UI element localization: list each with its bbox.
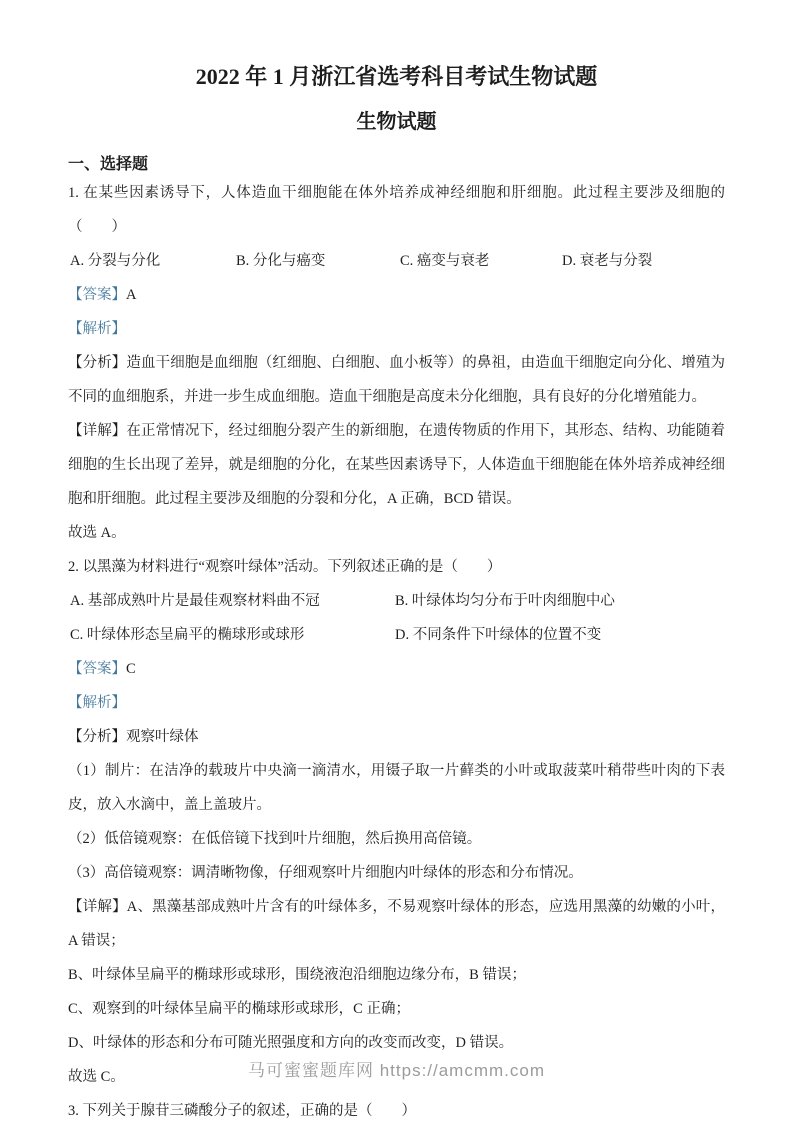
- analysis-marker: 【解析】: [68, 695, 126, 711]
- question-1-xiangjie-paragraph: 【详解】在正常情况下，经过细胞分裂产生的新细胞，在遗传物质的作用下，其形态、结构…: [68, 414, 725, 516]
- question-2-options-row-2: C. 叶绿体形态呈扁平的椭球形或球形 D. 不同条件下叶绿体的位置不变: [68, 618, 725, 652]
- question-2-fenxi-paragraph: 【分析】观察叶绿体: [68, 720, 725, 754]
- question-1-option-b: B. 分化与癌变: [236, 244, 325, 278]
- question-1-option-c: C. 癌变与衰老: [400, 244, 489, 278]
- page-subtitle: 生物试题: [68, 108, 725, 136]
- question-2-option-d: D. 不同条件下叶绿体的位置不变: [395, 618, 601, 652]
- question-2-step-1: （1）制片：在洁净的载玻片中央滴一滴清水，用镊子取一片藓类的小叶或取菠菜叶稍带些…: [68, 754, 725, 822]
- question-1-conclusion: 故选 A。: [68, 516, 725, 550]
- question-2-options-row-1: A. 基部成熟叶片是最佳观察材料曲不冠 B. 叶绿体均匀分布于叶肉细胞中心: [68, 584, 725, 618]
- question-2-answer-value: C: [126, 661, 136, 677]
- question-2-option-b: B. 叶绿体均匀分布于叶肉细胞中心: [395, 584, 615, 618]
- question-1-option-d: D. 衰老与分裂: [562, 244, 652, 278]
- footer-watermark: 马可蜜蜜题库网 https://amcmm.com: [0, 1056, 793, 1081]
- question-1-answer-value: A: [126, 287, 136, 303]
- question-2-stem: 2. 以黑藻为材料进行“观察叶绿体”活动。下列叙述正确的是（ ）: [68, 550, 725, 584]
- question-2-option-a: A. 基部成熟叶片是最佳观察材料曲不冠: [70, 584, 320, 618]
- question-3-stem: 3. 下列关于腺苷三磷酸分子的叙述，正确的是（ ）: [68, 1094, 725, 1122]
- question-2-answer-line: 【答案】C: [68, 652, 725, 686]
- question-2-option-c: C. 叶绿体形态呈扁平的椭球形或球形: [70, 618, 304, 652]
- page-title: 2022 年 1 月浙江省选考科目考试生物试题: [68, 62, 725, 92]
- question-2-detail-c: C、观察到的叶绿体呈扁平的椭球形或球形，C 正确；: [68, 992, 725, 1026]
- question-2-detail-a: 【详解】A、黑藻基部成熟叶片含有的叶绿体多，不易观察叶绿体的形态，应选用黑藻的幼…: [68, 890, 725, 958]
- analysis-marker: 【解析】: [68, 321, 126, 337]
- question-2-analysis-marker-line: 【解析】: [68, 686, 725, 720]
- question-1-answer-line: 【答案】A: [68, 278, 725, 312]
- answer-marker: 【答案】: [68, 287, 126, 303]
- question-2-detail-b: B、叶绿体呈扁平的椭球形或球形，围绕液泡沿细胞边缘分布，B 错误；: [68, 958, 725, 992]
- question-2-step-2: （2）低倍镜观察：在低倍镜下找到叶片细胞，然后换用高倍镜。: [68, 822, 725, 856]
- document-content: 2022 年 1 月浙江省选考科目考试生物试题 生物试题 一、选择题 1. 在某…: [68, 0, 725, 1122]
- question-1-fenxi-paragraph: 【分析】造血干细胞是血细胞（红细胞、白细胞、血小板等）的鼻祖，由造血干细胞定向分…: [68, 346, 725, 414]
- section-heading: 一、选择题: [68, 154, 725, 176]
- answer-marker: 【答案】: [68, 661, 126, 677]
- question-1-stem: 1. 在某些因素诱导下，人体造血干细胞能在体外培养成神经细胞和肝细胞。此过程主要…: [68, 176, 725, 244]
- question-2-step-3: （3）高倍镜观察：调清晰物像，仔细观察叶片细胞内叶绿体的形态和分布情况。: [68, 856, 725, 890]
- question-2-detail-d: D、叶绿体的形态和分布可随光照强度和方向的改变而改变，D 错误。: [68, 1026, 725, 1060]
- question-1-analysis-marker-line: 【解析】: [68, 312, 725, 346]
- exam-document-page: 2022 年 1 月浙江省选考科目考试生物试题 生物试题 一、选择题 1. 在某…: [0, 0, 793, 1122]
- question-1-options-row: A. 分裂与分化 B. 分化与癌变 C. 癌变与衰老 D. 衰老与分裂: [68, 244, 725, 278]
- question-1-option-a: A. 分裂与分化: [70, 244, 160, 278]
